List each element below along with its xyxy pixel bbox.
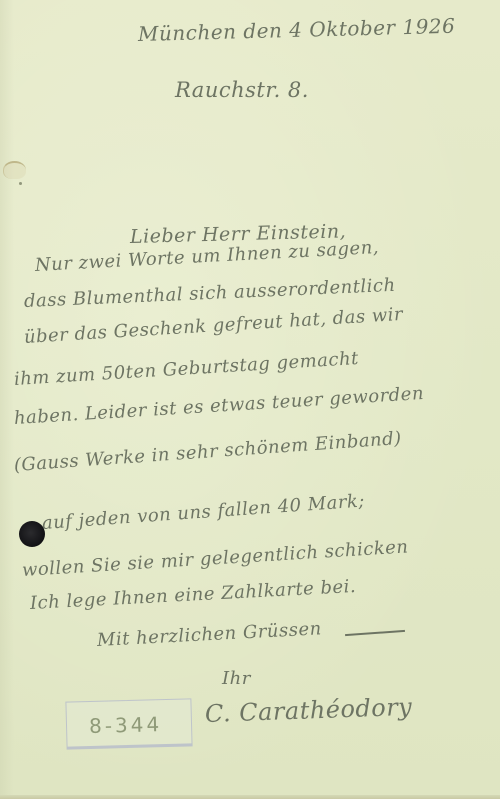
punch-hole xyxy=(19,521,45,547)
stain-mark xyxy=(3,161,26,179)
archive-stamp-number: 8-344 xyxy=(89,712,163,738)
letter-closing-pronoun: Ihr xyxy=(222,668,251,689)
archive-stamp: 8-344 xyxy=(65,698,192,749)
paper-edge-shade xyxy=(0,0,14,799)
archive-stamp-header xyxy=(73,704,183,714)
stain-dot xyxy=(19,182,22,185)
letter-address: Rauchstr. 8. xyxy=(175,78,309,102)
paper-bottom-edge xyxy=(0,795,500,799)
